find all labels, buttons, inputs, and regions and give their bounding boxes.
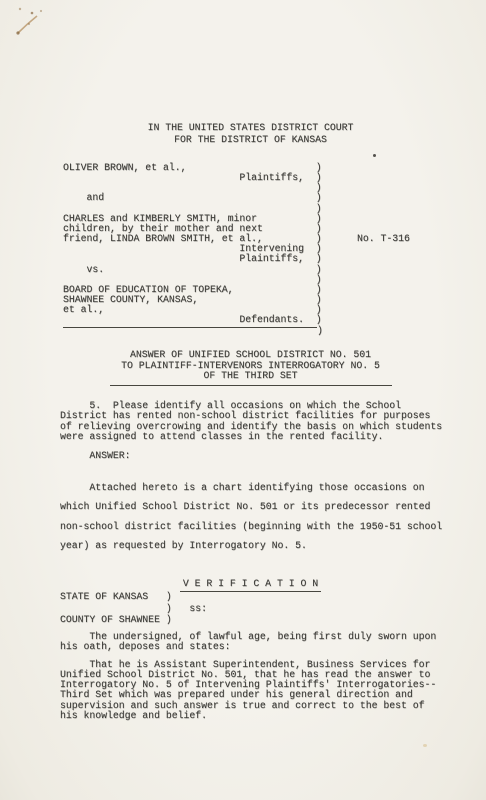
affiant-intro-paragraph: The undersigned, of lawful age, being fi… (60, 632, 436, 653)
case-caption: OLIVER BROWN, et al., ) Plaintiffs, ) ) … (63, 163, 322, 326)
scanned-document-page: IN THE UNITED STATES DISTRICT COURT FOR … (0, 0, 486, 800)
answer-label: ANSWER: (60, 451, 131, 461)
typed-content: IN THE UNITED STATES DISTRICT COURT FOR … (60, 0, 441, 800)
court-header: IN THE UNITED STATES DISTRICT COURT FOR … (60, 122, 441, 145)
pen-scribble-mark (0, 0, 60, 45)
caption-underline: ) (63, 325, 317, 328)
case-number: No. T-316 (357, 234, 410, 244)
caption-closing-paren: ) (317, 326, 323, 336)
answer-paragraph: Attached hereto is a chart identifying t… (60, 478, 442, 556)
document-title: ANSWER OF UNIFIED SCHOOL DISTRICT NO. 50… (110, 350, 392, 386)
interrogatory-paragraph: 5. Please identify all occasions on whic… (60, 401, 442, 442)
verification-section: V E R I F I C A T I O N (60, 573, 441, 592)
affiant-statement-paragraph: That he is Assistant Superintendent, Bus… (60, 660, 436, 721)
venue-block: STATE OF KANSAS ) ) ss: COUNTY OF SHAWNE… (60, 591, 207, 626)
